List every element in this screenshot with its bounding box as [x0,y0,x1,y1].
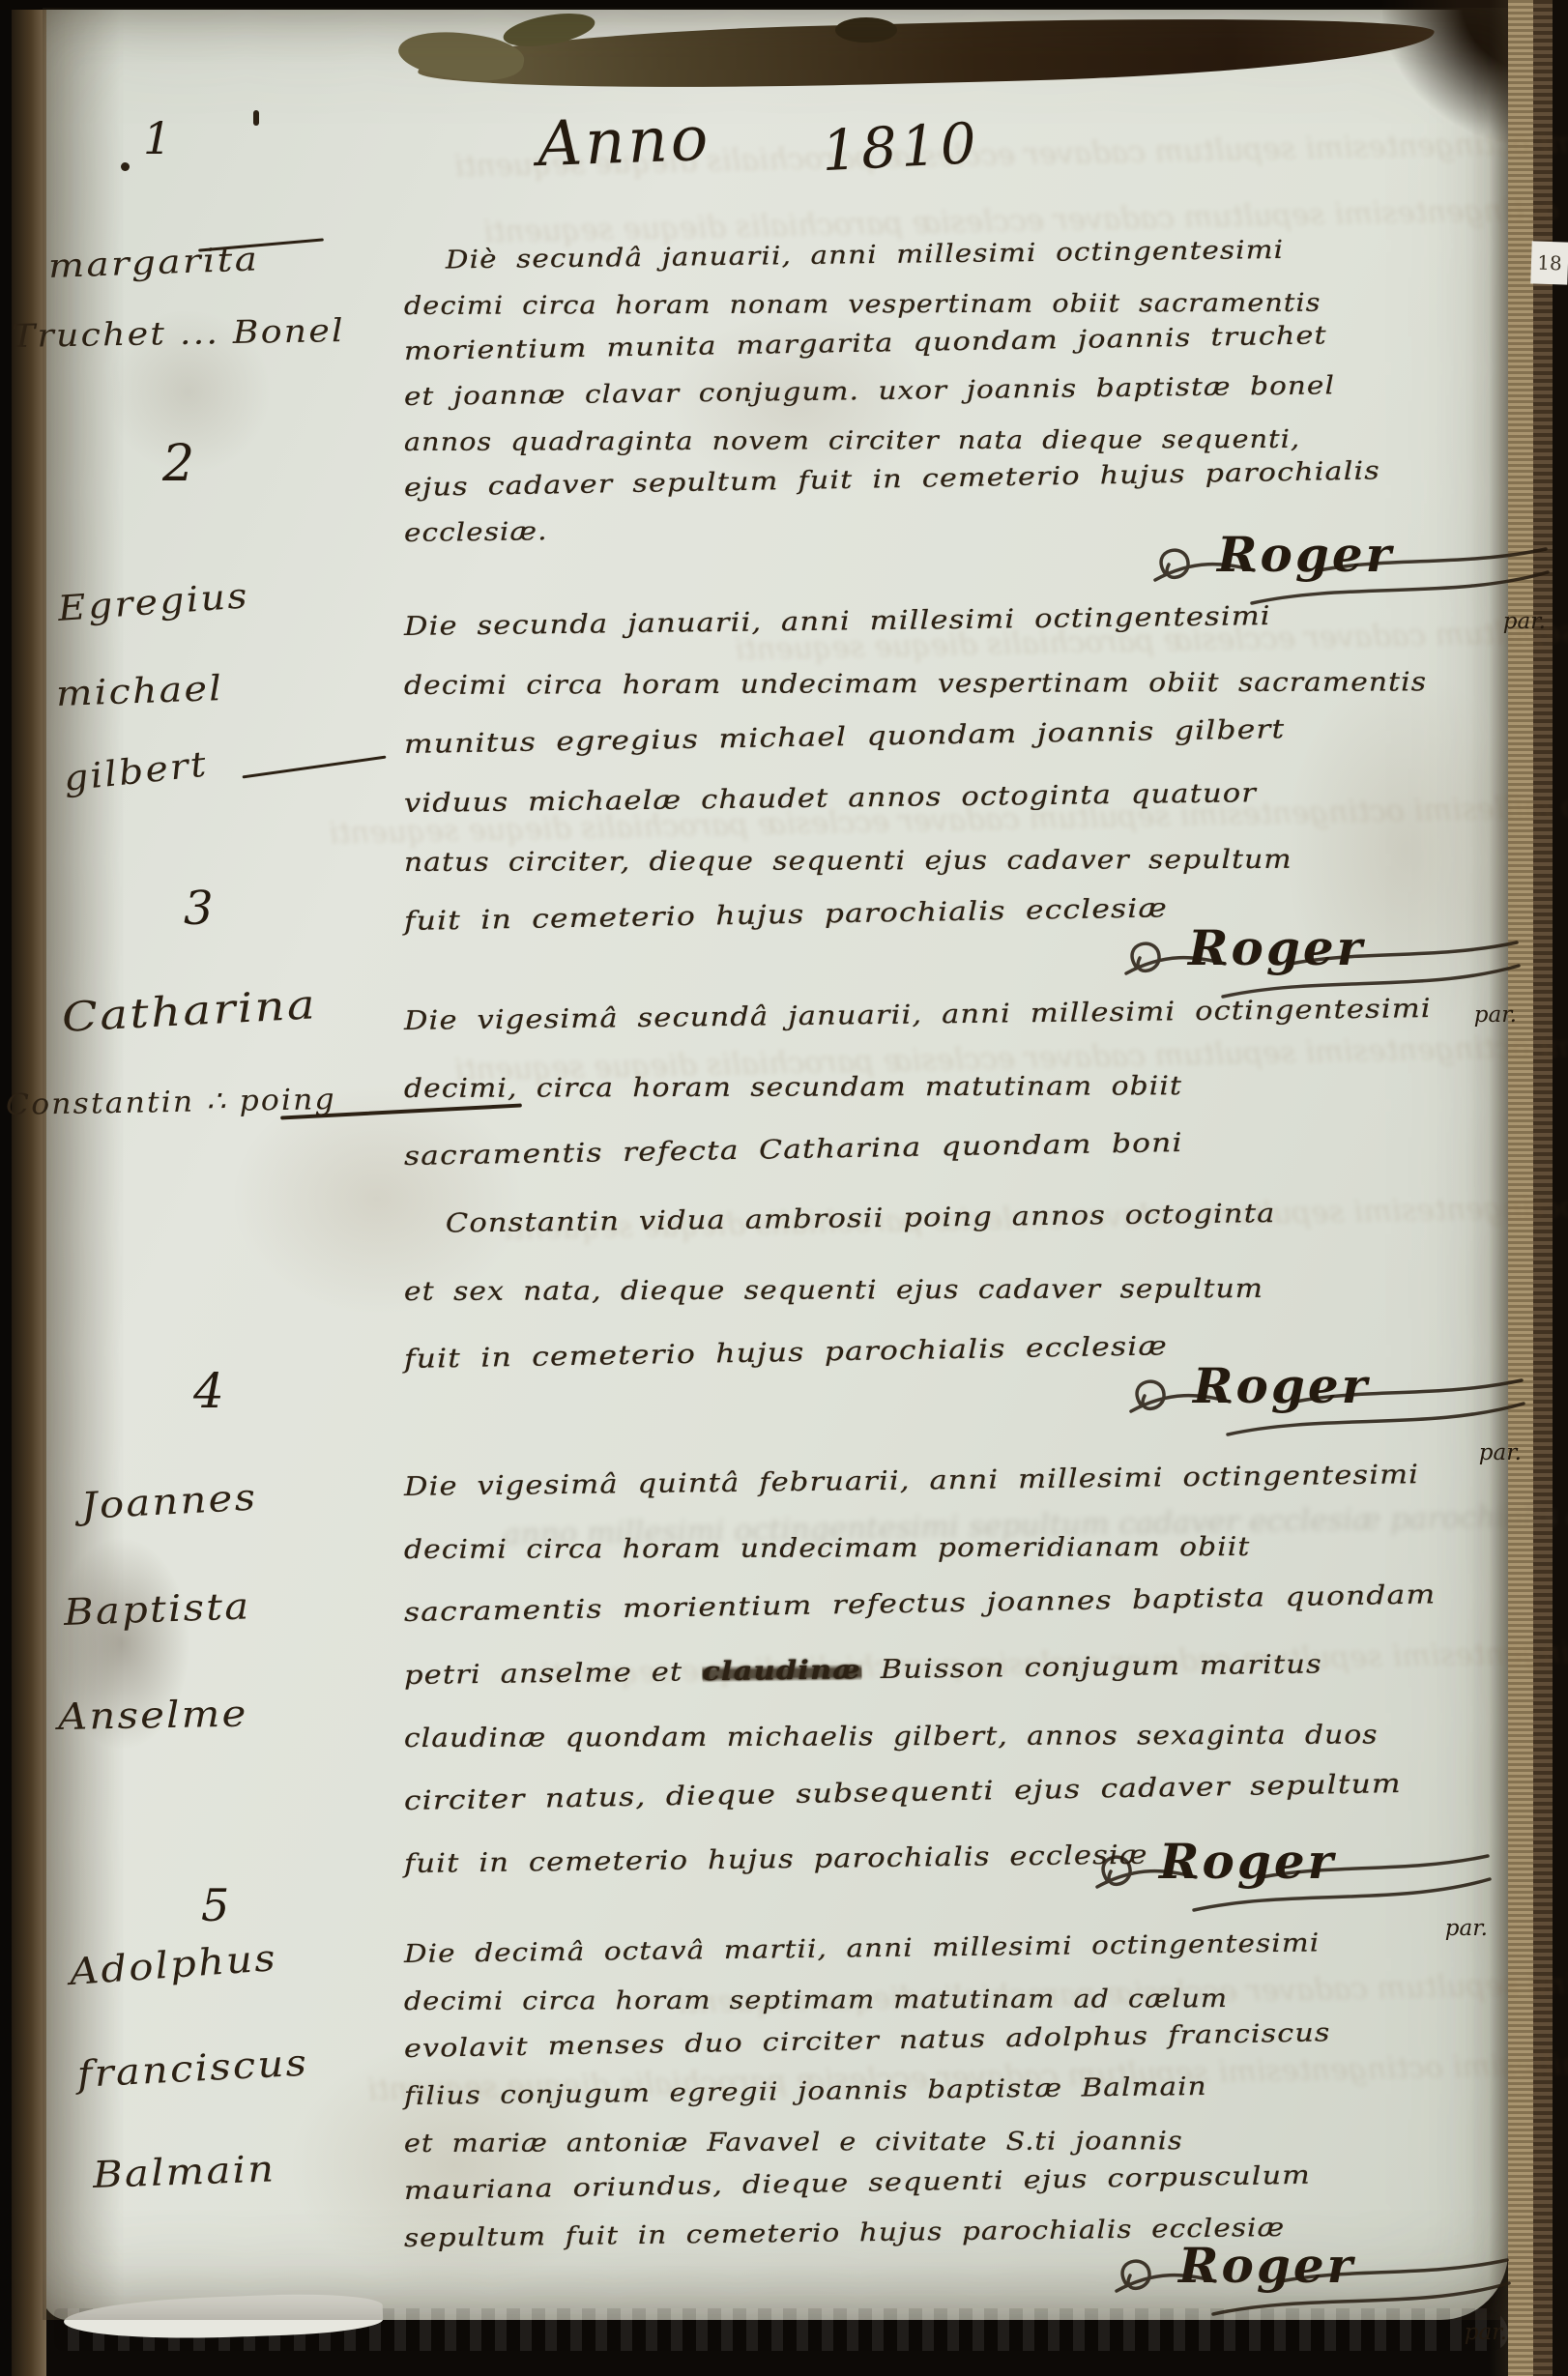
struck-out-word: claudinæ [702,1655,861,1687]
record-2-margin-name: michael [55,669,223,714]
record-5-body: Die decimâ octavâ martii, anni millesimi… [404,1931,1535,2263]
record-4-number: 4 [193,1363,224,1419]
record-3-body: Die vigesimâ secundâ januarii, anni mill… [404,988,1535,1394]
record-2-number: 2 [162,435,194,493]
signature-name: Roger [1217,526,1394,583]
record-1-body: Diè secundâ januarii, anni millesimi oct… [404,239,1535,557]
strike-line-pre: petri anselme et [404,1657,703,1691]
record-5-signature: Roger par. [1097,2231,1513,2347]
record-1-margin-name: Truchet ... Bonel [12,311,345,355]
signature-name: Roger [1159,1833,1336,1890]
record-5-number: 5 [201,1879,229,1931]
book-cover-edge-left [12,0,46,2376]
record-3-number: 3 [184,882,214,936]
record-1-margin-name: margarita [47,240,260,286]
record-2-body: Die secunda januarii, anni millesimi oct… [404,597,1535,951]
record-4-margin-name: Baptista [63,1584,251,1634]
parish-register-scan: anno millesimi octingentesimi sepultum c… [0,0,1568,2376]
record-5-margin-name: Balmain [92,2147,276,2196]
strike-line-post: Buisson conjugum maritus [861,1649,1322,1685]
page-title-year: 1810 [820,110,981,184]
record-3-margin-name: Constantin ∴ poing [6,1083,336,1122]
ink-smudge-blob [835,17,897,43]
signature-name: Roger [1178,2237,1355,2294]
record-1-number: 1 [143,112,171,164]
ink-dot [121,162,130,171]
signature-name: Roger [1193,1357,1370,1414]
record-4-margin-name: Anselme [58,1693,248,1738]
signature-note: par. [1465,2320,1507,2345]
signature-name: Roger [1188,919,1365,976]
scan-border-top [0,0,1568,10]
page-title-anno: Anno [537,103,712,181]
ink-dot [253,110,259,126]
